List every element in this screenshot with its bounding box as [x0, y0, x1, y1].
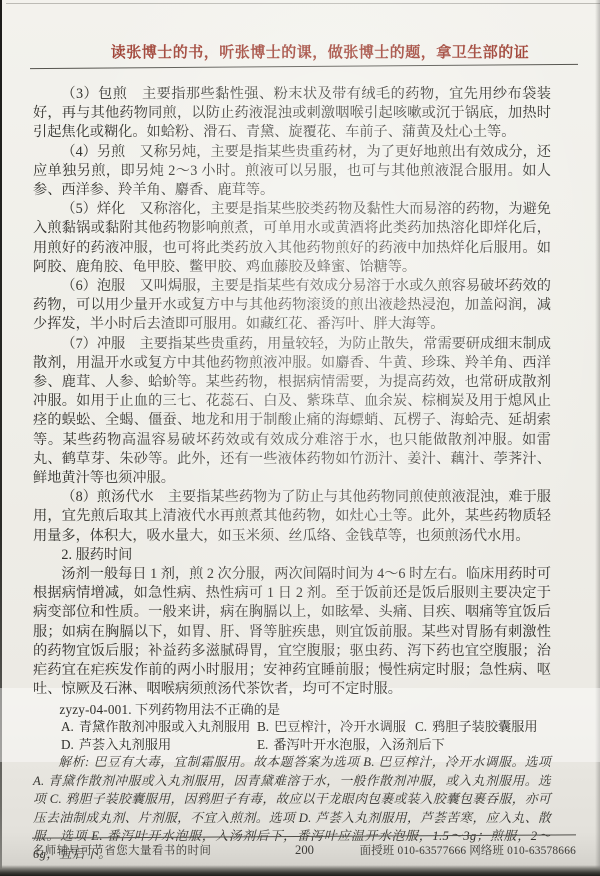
page-body: （3）包煎 主要指那些黏性强、粉末状及带有绒毛的药物，宜先用纱布袋装好，再与其他… — [33, 85, 551, 864]
option-d-text: 芦荟入丸剂服用 — [79, 737, 171, 752]
options-row-2: D.芦荟入丸剂服用 E.番泻叶开水泡服，入汤剂后下 — [33, 736, 551, 754]
scan-right-edge — [595, 0, 600, 876]
option-d-letter: D. — [61, 737, 74, 752]
option-c-letter: C. — [415, 719, 427, 734]
scan-left-edge — [0, 0, 2, 876]
page-footer: 名师辅导可节省您大量看书的时间 200 面授班 010-63577666 网络班… — [33, 842, 576, 858]
paragraph-fuyao-shijian: 汤剂一般每日 1 剂，煎 2 次分服，两次间隔时间为 4～6 时左右。临床用药时… — [33, 565, 551, 699]
option-a-text: 青黛作散剂冲服或入丸剂服用 — [79, 719, 250, 734]
footer-contact-phones: 面授班 010-63577666 网络班 010-63578666 — [335, 842, 577, 858]
options-row-1: A.青黛作散剂冲服或入丸剂服用 B.巴豆榨汁，冷开水调服 C.鸦胆子装胶囊服用 — [33, 718, 551, 736]
paragraph-baojian: （3）包煎 主要指那些黏性强、粉末状及带有绒毛的药物，宜先用纱布袋装好，再与其他… — [33, 85, 551, 143]
option-e: E.番泻叶开水泡服，入汤剂后下 — [257, 736, 551, 754]
scan-top-edge — [6, 3, 600, 4]
question-stem: 下列药物用法不正确的是 — [135, 702, 280, 717]
page-number: 200 — [275, 843, 335, 858]
option-b-letter: B. — [257, 719, 269, 734]
option-e-letter: E. — [257, 737, 268, 752]
paragraph-yanghua: （5）烊化 又称溶化，主要是指某些胶类药物及黏性大而易溶的药物，为避免入煎黏锅或… — [33, 200, 551, 277]
footer-tagline: 名师辅导可节省您大量看书的时间 — [33, 842, 275, 858]
option-a-letter: A. — [61, 719, 74, 734]
header-divider — [30, 64, 578, 69]
option-e-text: 番泻叶开水泡服，入汤剂后下 — [273, 737, 444, 752]
question-id: zyzy-04-001. — [59, 702, 131, 717]
paragraph-chongfu: （7）冲服 主要指某些贵重药，用量较轻，为防止散失，常需要研成细末制成散剂，用温… — [33, 335, 551, 489]
section-heading: 2. 服药时间 — [33, 546, 551, 565]
option-b-text: 巴豆榨汁，冷开水调服 — [274, 719, 406, 734]
option-c: C.鸦胆子装胶囊服用 — [415, 718, 551, 736]
option-c-text: 鸦胆子装胶囊服用 — [432, 719, 538, 734]
paragraph-paofu: （6）泡服 又叫焗服，主要是指某些有效成分易溶于水或久煎容易破坏药效的药物，可以… — [33, 277, 551, 335]
option-d: D.芦荟入丸剂服用 — [61, 736, 257, 754]
option-b: B.巴豆榨汁，冷开水调服 — [257, 718, 415, 736]
header-slogan: 读张博士的书，听张博士的课，做张博士的题，拿卫生部的证 — [60, 41, 580, 62]
scanned-book-page: 读张博士的书，听张博士的课，做张博士的题，拿卫生部的证 （3）包煎 主要指那些黏… — [0, 0, 600, 876]
scan-bottom-edge — [0, 865, 600, 876]
paragraph-lingjian: （4）另煎 又称另炖，主要是指某些贵重药材，为了更好地煎出有效成分，还应单独另煎… — [33, 143, 551, 201]
paragraph-jiantangdaishui: （8）煎汤代水 主要指某些药物为了防止与其他药物同煎使煎液混浊，难于服用，宜先煎… — [33, 488, 551, 546]
practice-question: zyzy-04-001. 下列药物用法不正确的是 A.青黛作散剂冲服或入丸剂服用… — [33, 701, 551, 864]
option-a: A.青黛作散剂冲服或入丸剂服用 — [61, 718, 257, 736]
question-stem-line: zyzy-04-001. 下列药物用法不正确的是 — [33, 701, 551, 719]
analysis-label: 解析: — [58, 755, 89, 769]
